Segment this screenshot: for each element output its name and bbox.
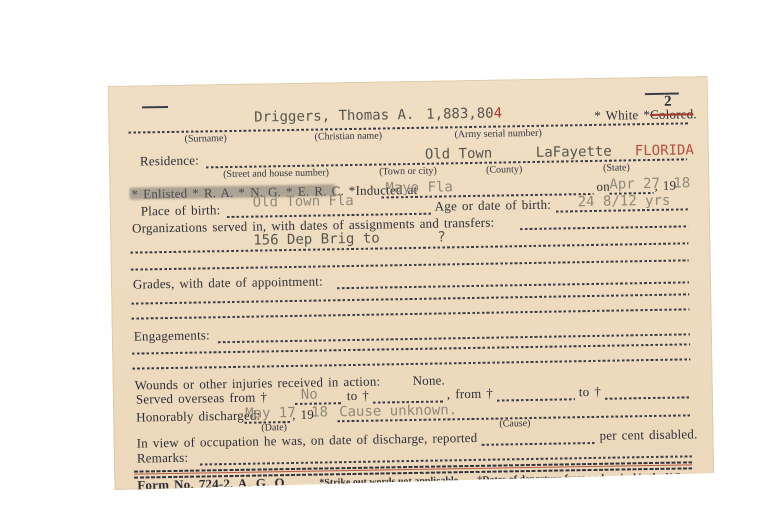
form-number: Form No. 724-2, A. G. O. [137, 476, 288, 492]
footnote-dates: †Dates of departure from and arrival in … [477, 473, 683, 486]
on-label: on [596, 180, 610, 193]
organizations-entry: 156 Dep Brig to [253, 232, 380, 248]
overseas-from2-label: , from † [447, 387, 493, 401]
surname-christian-value: Driggers, Thomas A. [254, 108, 414, 125]
overseas-from1-label: Served overseas from † [136, 390, 267, 405]
birth-place-value: Old Town Fla [253, 194, 354, 210]
organizations-line-3 [131, 259, 689, 270]
age-label: Age or date of birth: [435, 198, 552, 213]
disability-suffix: per cent disabled. [599, 427, 697, 442]
residence-label: Residence: [140, 153, 199, 167]
serial-main: 1,883,80 [426, 106, 494, 123]
page-number-overline [645, 93, 679, 95]
inducted-place-value: Mayo Fla [385, 180, 453, 195]
discharge-label: Honorably discharged: [136, 409, 260, 424]
organizations-line-2 [130, 242, 688, 253]
race-colored-struck: Colored [650, 106, 694, 122]
overseas-to1-label: to † [347, 389, 369, 402]
residence-state-value: FLORIDA [635, 143, 694, 158]
overseas-line-4 [605, 396, 691, 399]
surname-label: (Surname) [185, 134, 227, 145]
overseas-from1-value: No [301, 388, 318, 402]
inducted-date-value: Apr 27 [609, 177, 660, 192]
residence-town-value: Old Town [425, 147, 493, 162]
organizations-entry-dest: ? [437, 230, 446, 244]
state-label: (State) [603, 163, 630, 173]
grades-line-2 [131, 293, 689, 304]
discharge-cause-value: Cause unknown. [339, 403, 457, 419]
county-label: (County) [486, 165, 522, 176]
wounds-value: None. [413, 373, 446, 387]
discharge-year-value: 18 [311, 405, 328, 419]
race-period: . [693, 106, 697, 121]
discharge-date-value: May 17 [245, 406, 296, 421]
engagements-label: Engagements: [134, 328, 210, 342]
birth-place-label: Place of birth: [141, 203, 221, 217]
cause-sublabel: (Cause) [499, 419, 530, 430]
scanned-page: 2 Driggers, Thomas A. 1,883,804 * White … [0, 0, 778, 526]
engagements-line-3 [132, 358, 690, 369]
age-value: 24 8/12 yrs [578, 194, 671, 210]
serial-last-digit: 4 [494, 105, 503, 121]
residence-county-value: LaFayette [536, 145, 612, 160]
footnote-strike: *Strike out words not applicable. [319, 476, 461, 488]
grades-line-3 [132, 308, 690, 319]
organizations-line-1 [520, 225, 688, 230]
name-dotted-line [128, 122, 688, 133]
street-label: (Street and house number) [223, 168, 329, 180]
disability-label: In view of occupation he was, on date of… [137, 431, 478, 450]
christian-name-label: (Christian name) [314, 131, 382, 142]
date-sublabel: (Date) [261, 423, 287, 433]
town-label: (Town or city) [379, 167, 437, 178]
overseas-to2-label: to † [579, 385, 601, 398]
overseas-line-3 [497, 398, 575, 401]
grades-label: Grades, with date of appointment: [133, 274, 323, 290]
top-left-dash [142, 106, 168, 108]
inducted-year-value: 18 [673, 176, 690, 190]
race-white: * White * [594, 107, 650, 123]
army-serial-value: 1,883,804 [426, 106, 502, 121]
disability-line [482, 442, 596, 446]
engagements-line-2 [132, 343, 690, 354]
race-line: * White *Colored. [594, 107, 697, 122]
remarks-label: Remarks: [137, 451, 189, 465]
army-serial-label: (Army serial number) [454, 129, 541, 140]
service-record-card: 2 Driggers, Thomas A. 1,883,804 * White … [108, 76, 715, 490]
engagements-line-1 [218, 333, 690, 343]
grades-line-1 [337, 281, 689, 289]
